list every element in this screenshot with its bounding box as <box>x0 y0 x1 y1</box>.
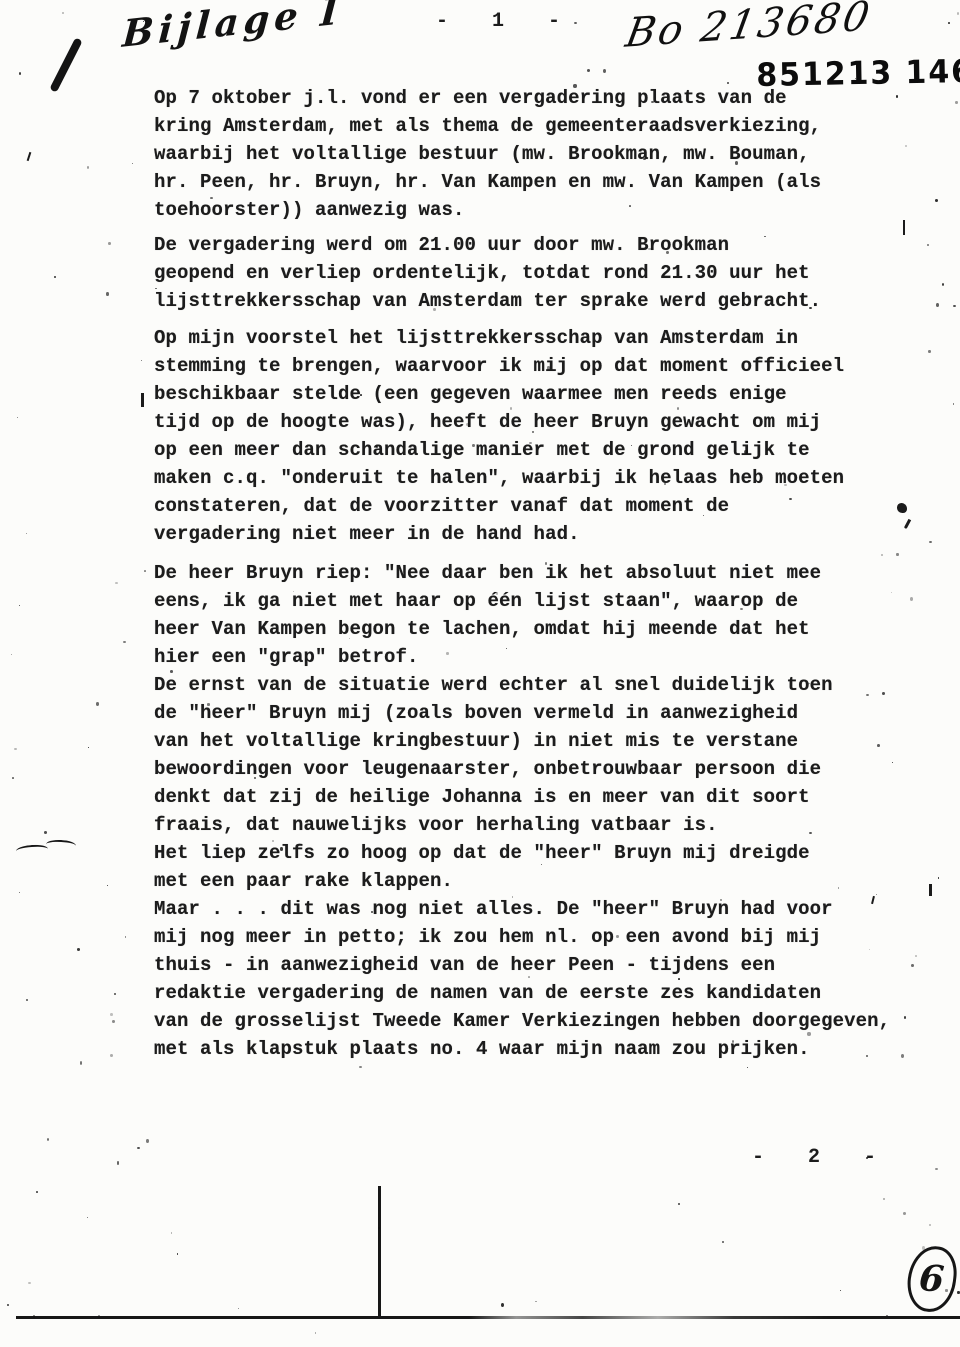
noise-dot <box>929 1224 931 1226</box>
noise-dot <box>87 166 89 169</box>
page-number: - 1 - <box>436 10 576 33</box>
text-line: hier een "grap" betrof. <box>154 643 944 671</box>
text-line: De ernst van de situatie werd echter al … <box>154 671 944 699</box>
text-line: van het voltallige kringbestuur) in niet… <box>154 727 944 755</box>
text-line: thuis - in aanwezigheid van de heer Peen… <box>154 951 944 979</box>
noise-dot <box>117 1161 120 1164</box>
text-line: beschikbaar stelde (een gegeven waarmee … <box>154 380 944 408</box>
noise-dot <box>535 1301 537 1303</box>
noise-dot <box>112 1020 115 1023</box>
text-line: Het liep zelfs zo hoog op dat de "heer" … <box>154 839 944 867</box>
noise-dot <box>19 605 20 606</box>
noise-dot <box>87 1217 88 1218</box>
noise-dot <box>26 533 28 534</box>
noise-dot <box>123 641 126 644</box>
noise-dot <box>62 12 64 14</box>
text-line: van de grosselijst Tweede Kamer Verkiezi… <box>154 1007 944 1035</box>
noise-dot <box>957 1291 960 1295</box>
noise-dot <box>840 1290 841 1291</box>
scan-artifact-mark <box>929 884 932 896</box>
text-line: De heer Bruyn riep: "Nee daar ben ik het… <box>154 559 944 587</box>
noise-dot <box>883 1198 885 1200</box>
text-line: mij nog meer in petto; ik zou hem nl. op… <box>154 923 944 951</box>
noise-dot <box>722 1241 724 1244</box>
text-line: tijd op de hoogte was), heeft de heer Br… <box>154 408 944 436</box>
text-line: eens, ik ga niet met haar op één lijst s… <box>154 587 944 615</box>
noise-dot <box>12 777 13 779</box>
text-line: fraais, dat nauwelijks voor herhaling va… <box>154 811 944 839</box>
noise-dot <box>110 1013 112 1016</box>
text-line: toehoorster)) aanwezig was. <box>154 196 944 224</box>
text-line: waarbij het voltallige bestuur (mw. Broo… <box>154 140 944 168</box>
text-line: met als klapstuk plaats no. 4 waar mijn … <box>154 1035 944 1063</box>
noise-dot <box>114 993 116 995</box>
paragraph: De heer Bruyn riep: "Nee daar ben ik het… <box>154 559 944 1063</box>
text-line: Op 7 oktober j.l. vond er een vergaderin… <box>154 84 944 112</box>
noise-dot <box>501 1303 504 1307</box>
scan-artifact-mark <box>27 152 32 161</box>
noise-dot <box>17 417 18 419</box>
noise-dot <box>47 1138 49 1141</box>
noise-dot <box>903 1212 906 1215</box>
text-line: De vergadering werd om 21.00 uur door mw… <box>154 231 944 259</box>
text-line: lijsttrekkersschap van Amsterdam ter spr… <box>154 287 944 315</box>
text-line: op een meer dan schandalige manier met d… <box>154 436 944 464</box>
noise-dot <box>110 1054 113 1057</box>
noise-dot <box>953 305 956 307</box>
noise-dot <box>19 72 21 75</box>
text-line: geopend en verliep ordentelijk, totdat r… <box>154 259 944 287</box>
noise-dot <box>747 1067 748 1069</box>
noise-dot <box>603 69 606 73</box>
handwritten-slash-mark <box>49 37 82 92</box>
next-page-number: - 2 - <box>752 1146 892 1169</box>
noise-dot <box>144 570 147 572</box>
noise-dot <box>141 360 142 362</box>
noise-dot <box>44 831 47 834</box>
noise-dot <box>88 747 89 749</box>
bottom-edge-line <box>16 1316 960 1319</box>
paragraph: Op 7 oktober j.l. vond er een vergaderin… <box>154 84 944 224</box>
text-line: redaktie vergadering de namen van de eer… <box>154 979 944 1007</box>
noise-dot <box>137 1147 140 1149</box>
noise-dot <box>125 936 127 938</box>
scan-artifact-mark <box>16 844 49 856</box>
noise-dot <box>678 1203 680 1205</box>
noise-dot <box>54 276 56 278</box>
scanned-document-page: Bijlage I - 1 - Bo 213680 851213 146 Op … <box>0 0 960 1347</box>
noise-dot <box>19 892 20 893</box>
noise-dot <box>28 1282 31 1285</box>
noise-dot <box>80 1061 83 1065</box>
noise-dot <box>315 1332 317 1334</box>
circled-number-text: 6 <box>918 1257 946 1301</box>
noise-dot <box>96 702 99 706</box>
noise-dot <box>177 1253 178 1254</box>
noise-dot <box>948 22 949 24</box>
noise-dot <box>238 1308 240 1310</box>
noise-dot <box>7 1304 9 1306</box>
text-line: met een paar rake klappen. <box>154 867 944 895</box>
noise-dot <box>953 403 955 405</box>
noise-dot <box>957 12 959 15</box>
text-line: vergadering niet meer in de hand had. <box>154 520 944 548</box>
text-line: stemming te brengen, waarvoor ik mij op … <box>154 352 944 380</box>
noise-dot <box>108 242 111 245</box>
noise-dot <box>587 69 590 72</box>
text-line: heer Van Kampen begon te lachen, omdat h… <box>154 615 944 643</box>
noise-dot <box>146 1139 149 1143</box>
noise-dot <box>26 999 28 1001</box>
circled-page-number: 6 <box>904 1243 960 1314</box>
scan-artifact-mark <box>141 393 144 407</box>
text-line: kring Amsterdam, met als thema de gemeen… <box>154 112 944 140</box>
text-line: Op mijn voorstel het lijsttrekkersschap … <box>154 324 944 352</box>
text-line: constateren, dat de voorzitter vanaf dat… <box>154 492 944 520</box>
handwritten-reference-number: Bo 213680 <box>622 0 876 57</box>
noise-dot <box>106 292 109 296</box>
noise-dot <box>77 948 80 951</box>
text-line: maken c.q. "onderuit te halen", waarbij … <box>154 464 944 492</box>
noise-dot <box>107 885 109 886</box>
paragraph: De vergadering werd om 21.00 uur door mw… <box>154 231 944 315</box>
text-line: bewoordingen voor leugenaarster, onbetro… <box>154 755 944 783</box>
text-line: hr. Peen, hr. Bruyn, hr. Van Kampen en m… <box>154 168 944 196</box>
noise-dot <box>955 101 958 104</box>
noise-dot <box>132 163 133 164</box>
noise-dot <box>11 654 12 655</box>
noise-dot <box>14 748 17 751</box>
scan-artifact-mark <box>903 220 905 235</box>
noise-dot <box>115 582 118 584</box>
noise-dot <box>36 1191 39 1193</box>
document-body: Op 7 oktober j.l. vond er een vergaderin… <box>154 84 944 1063</box>
scan-artifact-mark <box>897 503 907 513</box>
fold-line-vertical <box>378 1186 381 1319</box>
text-line: de "heer" Bruyn mij (zoals boven vermeld… <box>154 699 944 727</box>
paragraph: Op mijn voorstel het lijsttrekkersschap … <box>154 324 944 548</box>
noise-dot <box>171 1232 172 1234</box>
handwritten-annotation: Bijlage I <box>121 0 344 56</box>
scan-artifact-mark <box>46 839 76 851</box>
noise-dot <box>935 1168 938 1171</box>
text-line: denkt dat zij de heilige Johanna is en m… <box>154 783 944 811</box>
noise-dot <box>359 1066 362 1068</box>
text-line: Maar . . . dit was nog niet alles. De "h… <box>154 895 944 923</box>
